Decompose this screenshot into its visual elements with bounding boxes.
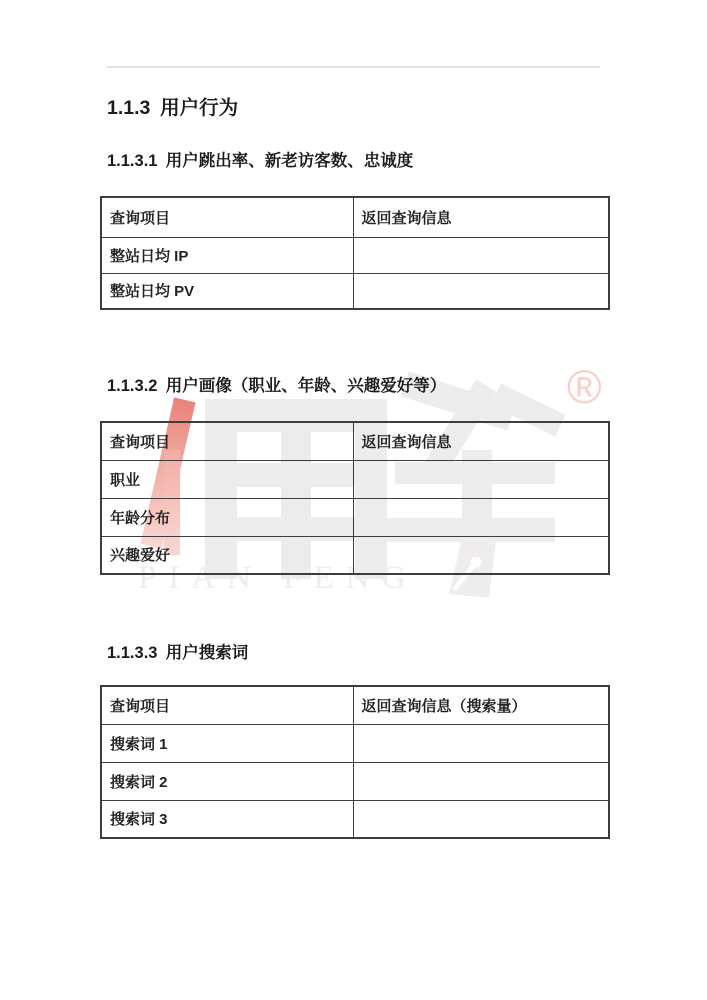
column-header-returned-info: 返回查询信息 bbox=[353, 422, 609, 460]
table-header-row: 查询项目 返回查询信息 bbox=[101, 197, 609, 237]
row-label: 搜索词 3 bbox=[101, 800, 353, 838]
heading-number: 1.1.3.3 bbox=[107, 644, 157, 662]
row-value-cell[interactable] bbox=[353, 498, 609, 536]
heading-title: 用户跳出率、新老访客数、忠诚度 bbox=[166, 152, 414, 170]
table-row: 搜索词 2 bbox=[101, 762, 609, 800]
table-row: 年龄分布 bbox=[101, 498, 609, 536]
table-row: 兴趣爱好 bbox=[101, 536, 609, 574]
heading-number: 1.1.3 bbox=[107, 97, 150, 119]
heading-title: 用户行为 bbox=[160, 97, 238, 119]
table-header-row: 查询项目 返回查询信息 bbox=[101, 422, 609, 460]
row-value-cell[interactable] bbox=[353, 273, 609, 309]
heading-number: 1.1.3.2 bbox=[107, 377, 157, 395]
row-value-cell[interactable] bbox=[353, 724, 609, 762]
row-label: 职业 bbox=[101, 460, 353, 498]
row-value-cell[interactable] bbox=[353, 800, 609, 838]
column-header-query-item: 查询项目 bbox=[101, 686, 353, 724]
table-row: 搜索词 3 bbox=[101, 800, 609, 838]
column-header-query-item: 查询项目 bbox=[101, 197, 353, 237]
column-header-query-item: 查询项目 bbox=[101, 422, 353, 460]
row-value-cell[interactable] bbox=[353, 237, 609, 273]
heading-title: 用户画像（职业、年龄、兴趣爱好等） bbox=[166, 377, 447, 395]
heading-title: 用户搜索词 bbox=[166, 644, 249, 662]
row-label: 搜索词 1 bbox=[101, 724, 353, 762]
table-row: 搜索词 1 bbox=[101, 724, 609, 762]
column-header-returned-info: 返回查询信息 bbox=[353, 197, 609, 237]
heading-number: 1.1.3.1 bbox=[107, 152, 157, 170]
row-label: 整站日均 PV bbox=[101, 273, 353, 309]
table-header-row: 查询项目 返回查询信息（搜索量） bbox=[101, 686, 609, 724]
heading-1-1-3: 1.1.3用户行为 bbox=[107, 92, 238, 120]
row-value-cell[interactable] bbox=[353, 460, 609, 498]
row-label: 年龄分布 bbox=[101, 498, 353, 536]
table-row: 职业 bbox=[101, 460, 609, 498]
table-row: 整站日均 PV bbox=[101, 273, 609, 309]
heading-1-1-3-3: 1.1.3.3用户搜索词 bbox=[107, 639, 248, 663]
top-divider bbox=[107, 66, 600, 68]
registered-trademark-icon: ® bbox=[567, 363, 602, 410]
document-page: 偏锋 PIAN FENG ® 1.1.3用户行为 1.1.3.1用户跳出率、新老… bbox=[0, 0, 707, 1000]
heading-1-1-3-2: 1.1.3.2用户画像（职业、年龄、兴趣爱好等） bbox=[107, 372, 446, 396]
row-value-cell[interactable] bbox=[353, 762, 609, 800]
table-search-terms: 查询项目 返回查询信息（搜索量） 搜索词 1 搜索词 2 搜索词 3 bbox=[100, 685, 610, 839]
row-value-cell[interactable] bbox=[353, 536, 609, 574]
table-user-profile: 查询项目 返回查询信息 职业 年龄分布 兴趣爱好 bbox=[100, 421, 610, 575]
column-header-returned-info: 返回查询信息（搜索量） bbox=[353, 686, 609, 724]
heading-1-1-3-1: 1.1.3.1用户跳出率、新老访客数、忠诚度 bbox=[107, 147, 413, 171]
watermark-logo-text: 偏锋 bbox=[0, 0, 1, 1]
table-bounce-visitors-loyalty: 查询项目 返回查询信息 整站日均 IP 整站日均 PV bbox=[100, 196, 610, 310]
table-row: 整站日均 IP bbox=[101, 237, 609, 273]
row-label: 兴趣爱好 bbox=[101, 536, 353, 574]
row-label: 整站日均 IP bbox=[101, 237, 353, 273]
row-label: 搜索词 2 bbox=[101, 762, 353, 800]
